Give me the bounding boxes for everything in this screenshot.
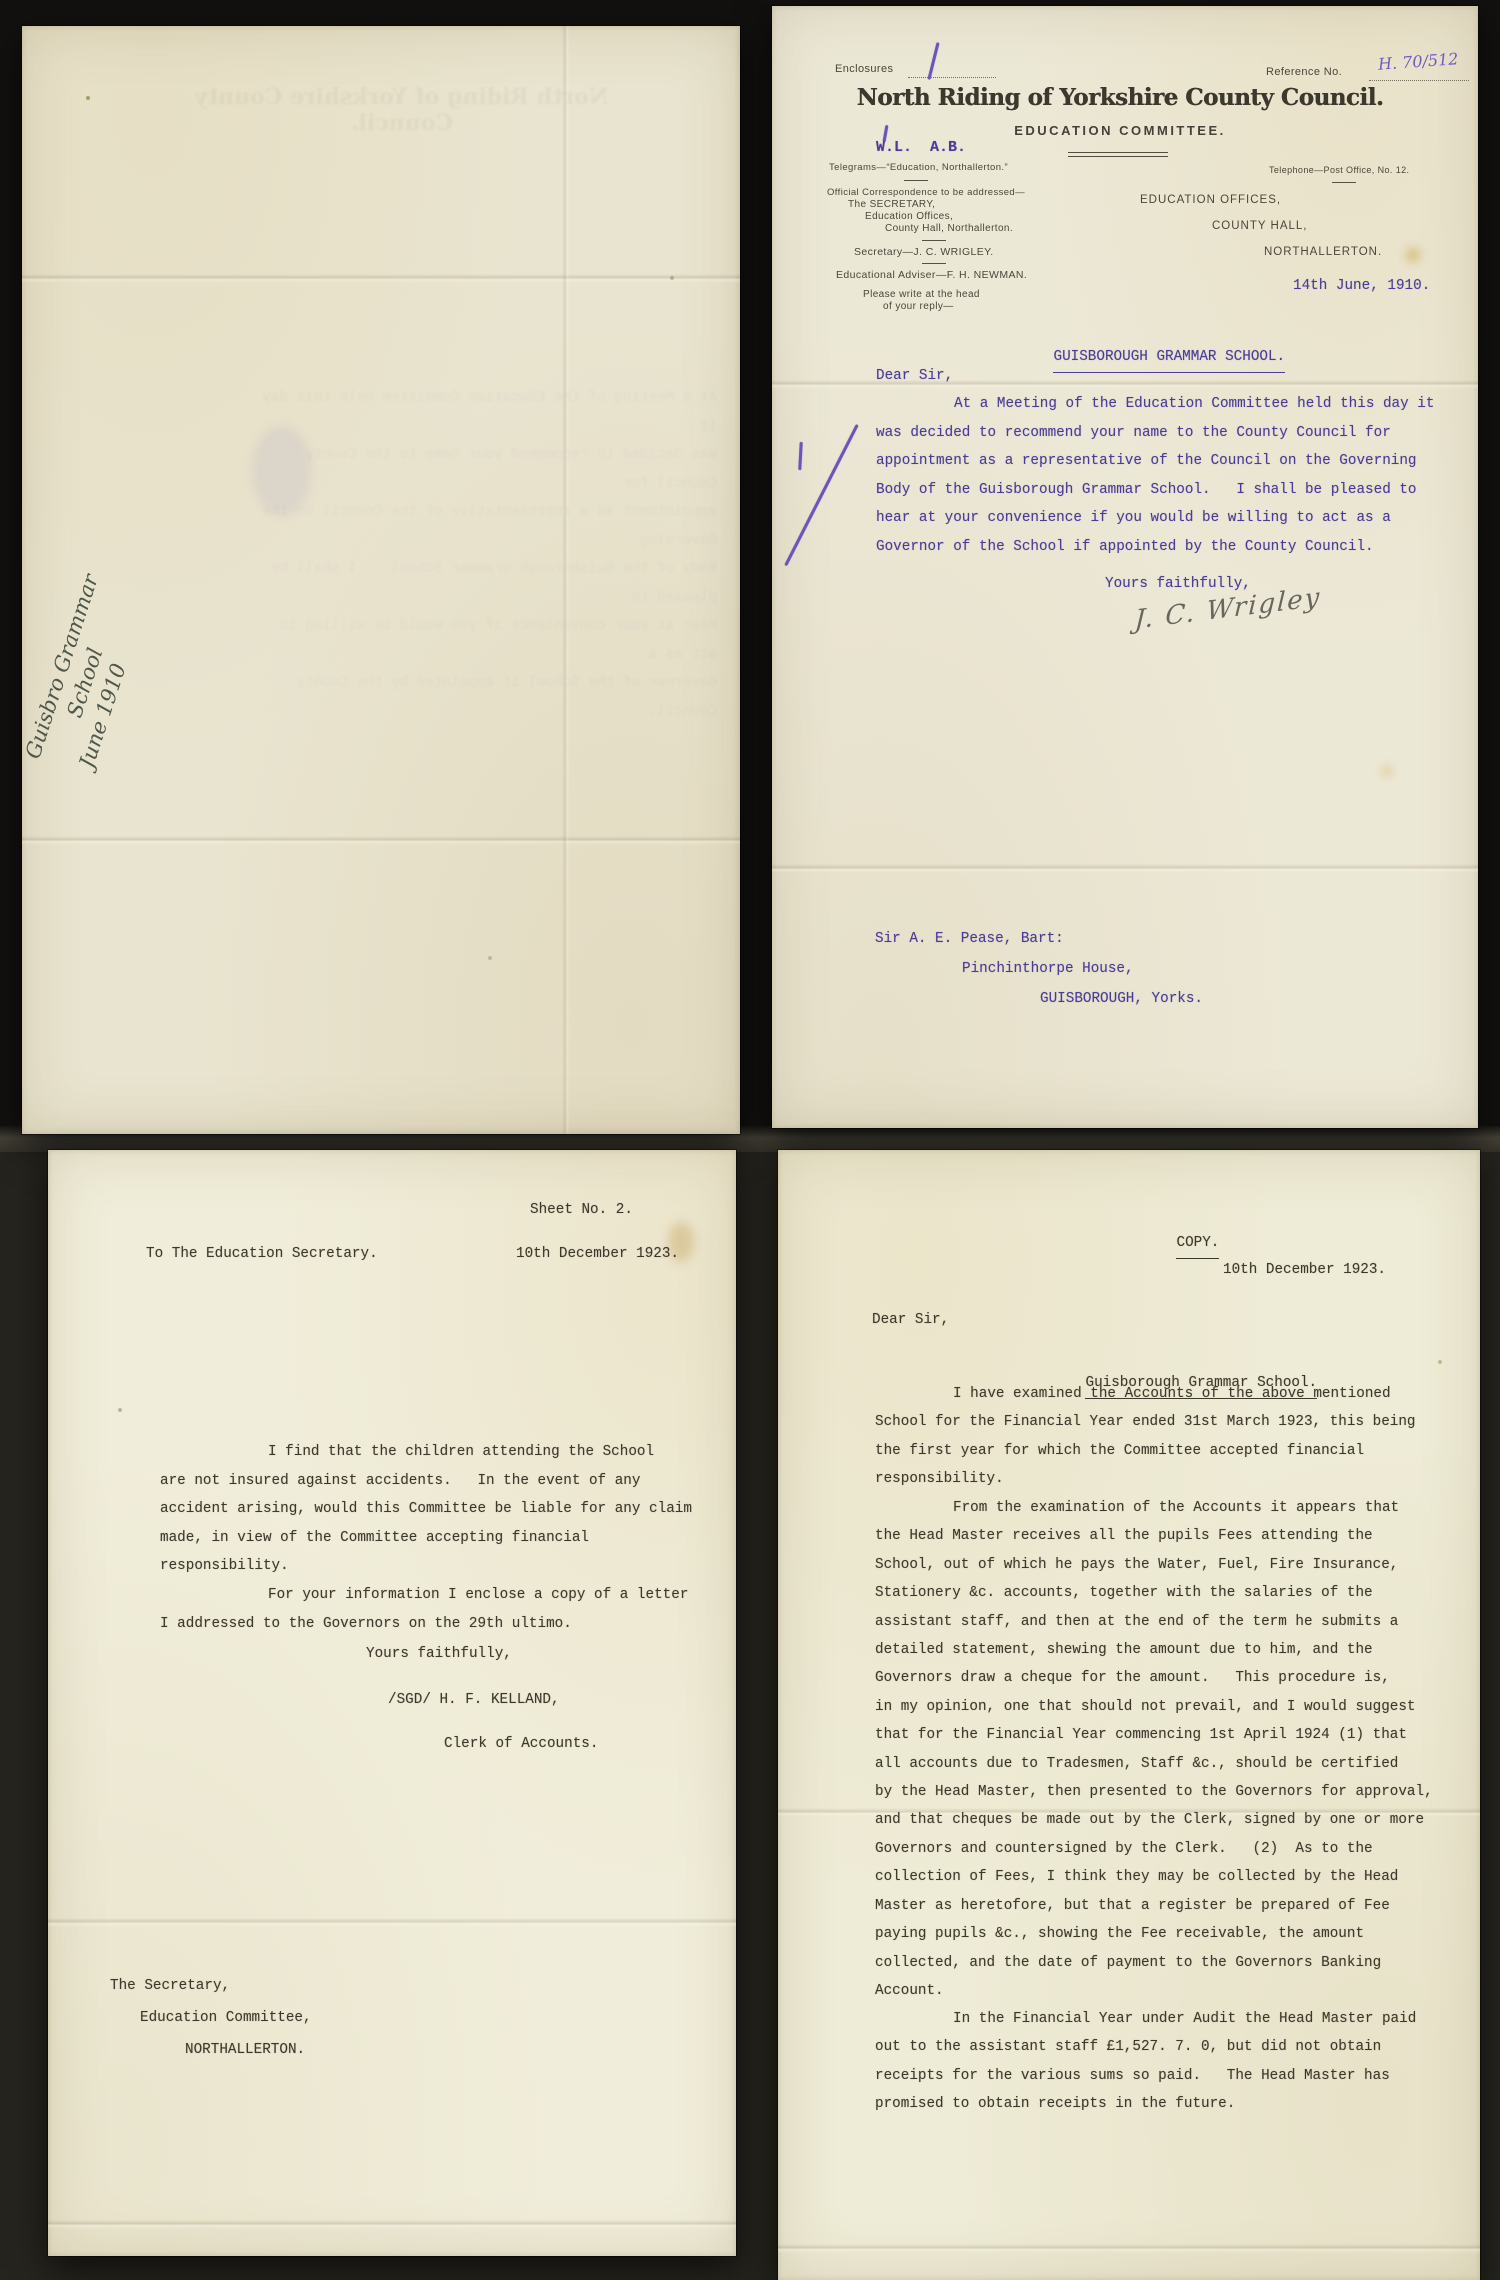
enclosures-label: Enclosures [835, 63, 893, 75]
footer-line: The Secretary, [110, 1972, 230, 2001]
margin-slash-mark [784, 424, 858, 566]
subject-text: GUISBOROUGH GRAMMAR SCHOOL. [1053, 343, 1285, 374]
reference-label: Reference No. [1266, 66, 1342, 78]
secretary-rule [922, 240, 946, 241]
foxing-stain [1406, 248, 1420, 262]
page-top-left: North Riding of Yorkshire County Council… [22, 26, 740, 1134]
page-top-right: Enclosures Reference No. H. 70/512 North… [772, 6, 1478, 1128]
footer-line: Education Committee, [140, 2004, 312, 2033]
copy-text: COPY. [1176, 1229, 1219, 1260]
sheet-label: Sheet No. 2. [530, 1196, 633, 1225]
fold-crease [778, 2244, 1480, 2253]
letter-body-para: For your information I enclose a copy of… [160, 1581, 708, 1638]
office-address-line: NORTHALLERTON. [1264, 246, 1382, 258]
addressee-line: Sir A. E. Pease, Bart: [875, 925, 1064, 954]
fold-crease [48, 2220, 736, 2229]
office-address-line: EDUCATION OFFICES, [1140, 194, 1281, 206]
salutation: Dear Sir, [876, 362, 953, 391]
letter-body-para: From the examination of the Accounts it … [875, 1494, 1447, 2005]
subject-heading: GUISBOROUGH GRAMMAR SCHOOL. [1002, 314, 1285, 402]
foxing-speck [118, 1408, 122, 1412]
letter-date: 14th June, 1910. [1293, 272, 1430, 301]
correspondence-line: The SECRETARY, [848, 199, 935, 210]
telegrams-rule [904, 180, 928, 181]
letter-body-para: I find that the children attending the S… [160, 1438, 708, 1581]
letter-date: 10th December 1923. [516, 1240, 679, 1269]
fold-crease [22, 836, 740, 845]
telephone-line: Telephone—Post Office, No. 12. [1269, 165, 1409, 175]
fold-crease [48, 1918, 736, 1927]
org-title: North Riding of Yorkshire County Council… [772, 84, 1468, 111]
addressee-line: Pinchinthorpe House, [962, 955, 1134, 984]
secretary-line: Secretary—J. C. WRIGLEY. [854, 246, 994, 258]
handwritten-note: Guisbro Grammar School June 1910 [20, 571, 156, 779]
valediction: Yours faithfully, [366, 1640, 512, 1669]
photo-of-documents: North Riding of Yorkshire County Council… [0, 0, 1500, 2280]
foxing-speck [670, 276, 674, 280]
signed-title: Clerk of Accounts. [444, 1730, 598, 1759]
office-address-line: COUNTY HALL, [1212, 220, 1308, 232]
footer-line: NORTHALLERTON. [185, 2036, 305, 2065]
reply-note: of your reply— [883, 301, 954, 312]
signed-line: /SGD/ H. F. KELLAND, [388, 1686, 560, 1715]
fold-crease [772, 864, 1478, 873]
letter-body-para: In the Financial Year under Audit the He… [875, 2005, 1447, 2119]
show-through-title: North Riding of Yorkshire County Council… [152, 84, 652, 136]
enclosures-rule [908, 65, 996, 78]
salutation: Dear Sir, [872, 1306, 949, 1335]
letter-body-para: I have examined the Accounts of the abov… [875, 1380, 1447, 1494]
reply-note: Please write at the head [863, 289, 980, 300]
stamp-initials: W.L. A.B. [876, 139, 966, 156]
fold-crease [22, 274, 740, 283]
ink-smudge [252, 426, 312, 516]
committee-rule [1068, 152, 1168, 157]
to-line: To The Education Secretary. [146, 1240, 378, 1269]
margin-tick-mark [798, 442, 802, 470]
correspondence-note: Official Correspondence to be addressed— [827, 187, 1025, 198]
foxing-speck [1438, 1360, 1442, 1364]
adviser-line: Educational Adviser—F. H. NEWMAN. [836, 269, 1027, 281]
letter-date: 10th December 1923. [1223, 1256, 1386, 1285]
addressee-line: GUISBOROUGH, Yorks. [1040, 985, 1203, 1014]
page-bottom-left: Sheet No. 2. To The Education Secretary.… [48, 1150, 736, 2256]
foxing-stain [1382, 766, 1392, 776]
correspondence-line: County Hall, Northallerton. [885, 223, 1013, 234]
foxing-speck [488, 956, 492, 960]
telegrams-line: Telegrams—“Education, Northallerton.” [829, 162, 1008, 173]
correspondence-line: Education Offices, [865, 211, 953, 222]
adviser-rule [922, 263, 946, 264]
telephone-rule [1332, 182, 1356, 183]
committee-title: EDUCATION COMMITTEE. [772, 123, 1468, 138]
letter-body: At a Meeting of the Education Committee … [876, 390, 1438, 561]
page-bottom-right: COPY. 10th December 1923. Dear Sir, Guis… [778, 1150, 1480, 2280]
show-through-body: At a Meeting of the Education Committee … [247, 384, 717, 726]
copy-heading: COPY. [1125, 1200, 1219, 1288]
foxing-speck [86, 96, 90, 100]
